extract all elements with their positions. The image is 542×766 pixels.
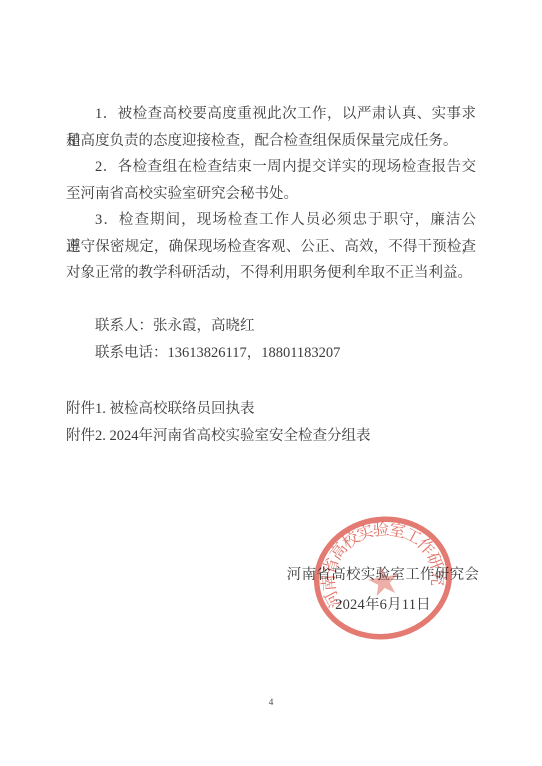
body-paragraph: 2．各检查组在检查结束一周内提交详实的现场检查报告交 至河南省高校实验室研究会秘… [66, 154, 476, 207]
paragraph-line: 至河南省高校实验室研究会秘书处。 [66, 181, 476, 208]
paragraph-line: 3．检查期间，现场检查工作人员必须忠于职守，廉洁公正， [66, 207, 476, 234]
contact-block: 联系人：张永霞，高晓红 联系电话：13613826117，18801183207 [66, 313, 476, 366]
body-paragraph: 1．被检查高校要高度重视此次工作，以严肃认真、实事求是 和高度负责的态度迎接检查… [66, 101, 476, 154]
paragraph-line: 2．各检查组在检查结束一周内提交详实的现场检查报告交 [66, 154, 476, 181]
signature-date: 2024年6月11日 [283, 592, 483, 619]
contact-phone-line: 联系电话：13613826117，18801183207 [66, 340, 476, 367]
attachment-item: 附件2. 2024年河南省高校实验室安全检查分组表 [66, 423, 476, 450]
body-paragraph: 3．检查期间，现场检查工作人员必须忠于职守，廉洁公正， 遵守保密规定，确保现场检… [66, 207, 476, 287]
contact-person-line: 联系人：张永霞，高晓红 [66, 313, 476, 340]
attachments-block: 附件1. 被检高校联络员回执表 附件2. 2024年河南省高校实验室安全检查分组… [66, 396, 476, 449]
attachment-item: 附件1. 被检高校联络员回执表 [66, 396, 476, 423]
paragraph-line: 对象正常的教学科研活动，不得利用职务便利牟取不正当利益。 [66, 260, 476, 287]
signature-block: 河南省高校实验室工作研究会 2024年6月11日 [283, 562, 483, 619]
document-page: 1．被检查高校要高度重视此次工作，以严肃认真、实事求是 和高度负责的态度迎接检查… [0, 0, 542, 766]
document-body: 1．被检查高校要高度重视此次工作，以严肃认真、实事求是 和高度负责的态度迎接检查… [66, 101, 476, 449]
signature-org: 河南省高校实验室工作研究会 [283, 562, 483, 589]
paragraph-line: 遵守保密规定，确保现场检查客观、公正、高效，不得干预检查 [66, 234, 476, 261]
paragraph-line: 和高度负责的态度迎接检查，配合检查组保质保量完成任务。 [66, 128, 476, 155]
page-number: 4 [0, 698, 542, 708]
paragraph-line: 1．被检查高校要高度重视此次工作，以严肃认真、实事求是 [66, 101, 476, 128]
